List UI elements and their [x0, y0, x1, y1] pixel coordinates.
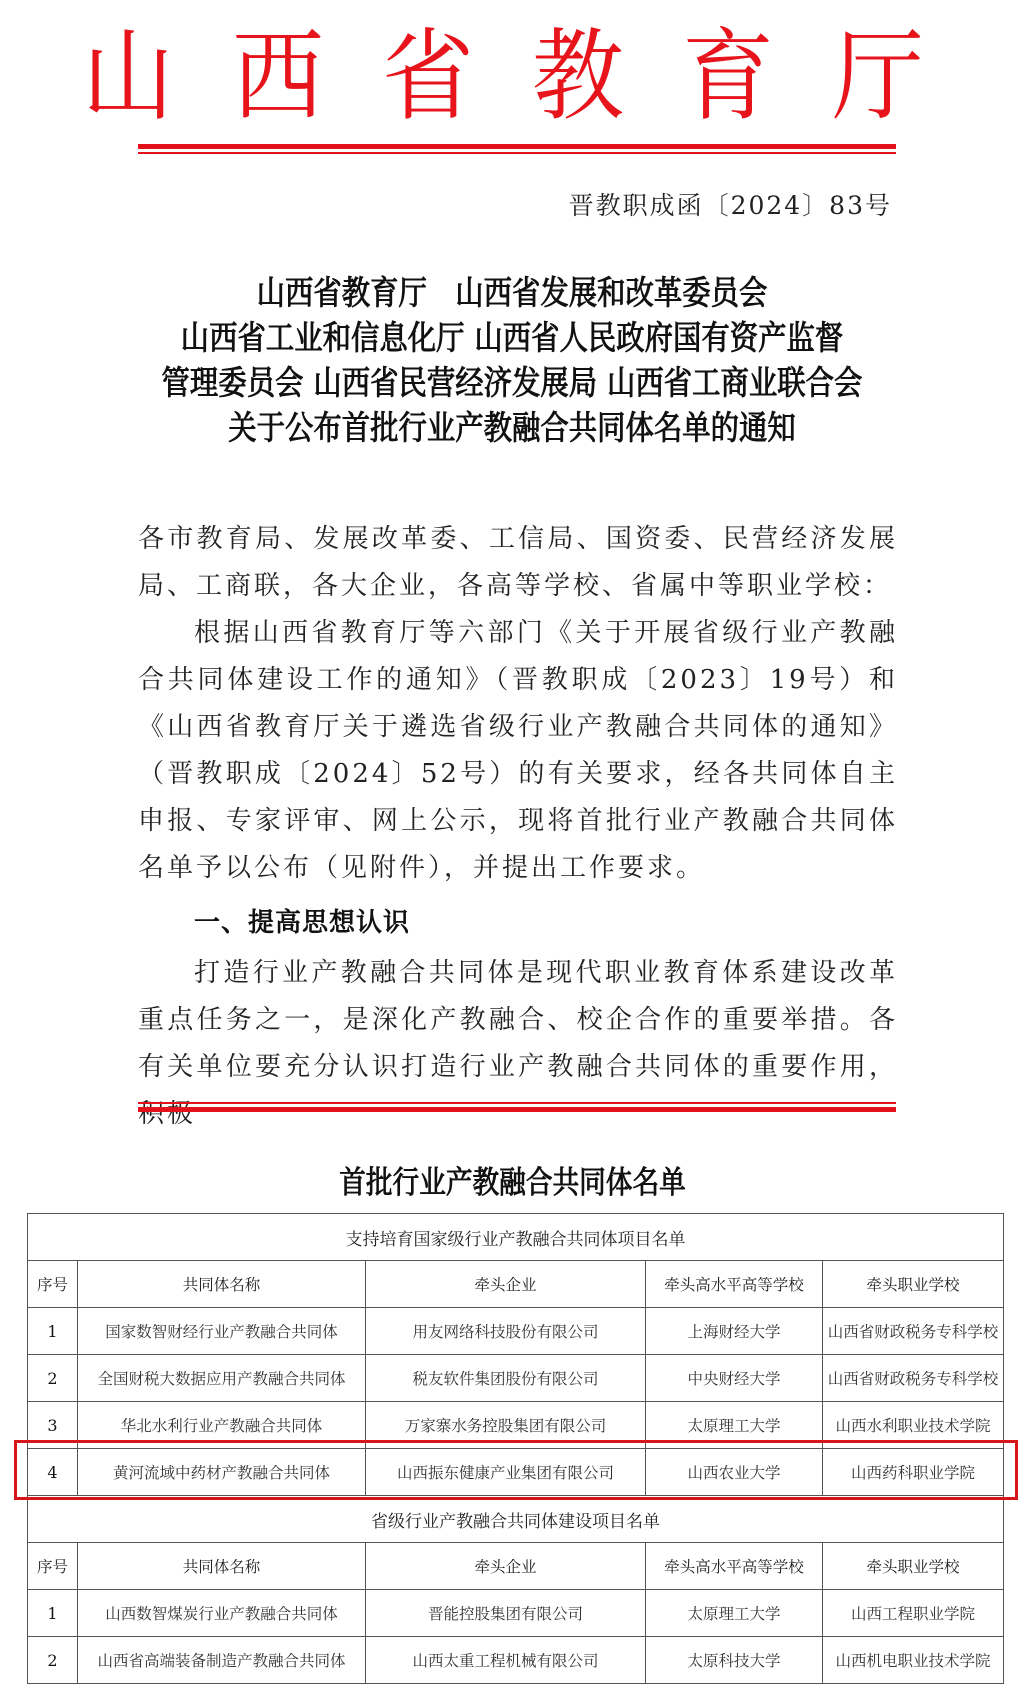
cell-university: 太原科技大学: [646, 1637, 823, 1684]
paragraph-1: 根据山西省教育厅等六部门《关于开展省级行业产教融合共同体建设工作的通知》（晋教职…: [138, 610, 898, 892]
section-title: 支持培育国家级行业产教融合共同体项目名单: [28, 1214, 1004, 1261]
col-header-university: 牵头高水平高等学校: [646, 1261, 823, 1308]
cell-university: 山西农业大学: [646, 1449, 823, 1496]
column-header-row: 序号 共同体名称 牵头企业 牵头高水平高等学校 牵头职业学校: [28, 1543, 1004, 1590]
col-header-vocational-school: 牵头职业学校: [823, 1261, 1004, 1308]
cell-enterprise: 山西太重工程机械有限公司: [366, 1637, 646, 1684]
cell-university: 太原理工大学: [646, 1402, 823, 1449]
cell-index: 2: [28, 1355, 78, 1402]
table-row: 1 国家数智财经行业产教融合共同体 用友网络科技股份有限公司 上海财经大学 山西…: [28, 1308, 1004, 1355]
cell-enterprise: 用友网络科技股份有限公司: [366, 1308, 646, 1355]
cell-name: 山西数智煤炭行业产教融合共同体: [78, 1590, 366, 1637]
paragraph-1-text: 根据山西省教育厅等六部门《关于开展省级行业产教融合共同体建设工作的通知》（晋教职…: [138, 610, 898, 892]
cell-university: 上海财经大学: [646, 1308, 823, 1355]
title-line-4: 关于公布首批行业产教融合共同体名单的通知: [72, 405, 953, 450]
title-line-2: 山西省工业和信息化厅 山西省人民政府国有资产监督: [72, 315, 953, 360]
section-title: 省级行业产教融合共同体建设项目名单: [28, 1496, 1004, 1543]
cell-name: 全国财税大数据应用产教融合共同体: [78, 1355, 366, 1402]
cell-name: 山西省高端装备制造产教融合共同体: [78, 1637, 366, 1684]
col-header-name: 共同体名称: [78, 1261, 366, 1308]
col-header-university: 牵头高水平高等学校: [646, 1543, 823, 1590]
cell-university: 太原理工大学: [646, 1590, 823, 1637]
table-row: 2 全国财税大数据应用产教融合共同体 税友软件集团股份有限公司 中央财经大学 山…: [28, 1355, 1004, 1402]
cell-vocational-school: 山西机电职业技术学院: [823, 1637, 1004, 1684]
notice-title: 山西省教育厅 山西省发展和改革委员会 山西省工业和信息化厅 山西省人民政府国有资…: [0, 270, 1024, 450]
roster-table: 支持培育国家级行业产教融合共同体项目名单 序号 共同体名称 牵头企业 牵头高水平…: [27, 1213, 1004, 1684]
cell-name: 华北水利行业产教融合共同体: [78, 1402, 366, 1449]
table-row: 1 山西数智煤炭行业产教融合共同体 晋能控股集团有限公司 太原理工大学 山西工程…: [28, 1590, 1004, 1637]
section-header-row: 省级行业产教融合共同体建设项目名单: [28, 1496, 1004, 1543]
col-header-name: 共同体名称: [78, 1543, 366, 1590]
cell-index: 1: [28, 1308, 78, 1355]
salutation: 各市教育局、发展改革委、工信局、国资委、民营经济发展局、工商联，各大企业，各高等…: [138, 516, 898, 610]
col-header-index: 序号: [28, 1261, 78, 1308]
cell-university: 中央财经大学: [646, 1355, 823, 1402]
cell-enterprise: 晋能控股集团有限公司: [366, 1590, 646, 1637]
cell-name: 国家数智财经行业产教融合共同体: [78, 1308, 366, 1355]
table-row: 3 华北水利行业产教融合共同体 万家寨水务控股集团有限公司 太原理工大学 山西水…: [28, 1402, 1004, 1449]
cell-enterprise: 税友软件集团股份有限公司: [366, 1355, 646, 1402]
column-header-row: 序号 共同体名称 牵头企业 牵头高水平高等学校 牵头职业学校: [28, 1261, 1004, 1308]
cell-index: 3: [28, 1402, 78, 1449]
list-title-text: 首批行业产教融合共同体名单: [339, 1157, 686, 1202]
cell-vocational-school: 山西药科职业学院: [823, 1449, 1004, 1496]
red-header-rule: [138, 144, 896, 154]
cell-vocational-school: 山西工程职业学院: [823, 1590, 1004, 1637]
title-line-1: 山西省教育厅 山西省发展和改革委员会: [72, 270, 953, 315]
salutation-text: 各市教育局、发展改革委、工信局、国资委、民营经济发展局、工商联，各大企业，各高等…: [138, 516, 898, 610]
section-header-row: 支持培育国家级行业产教融合共同体项目名单: [28, 1214, 1004, 1261]
cell-index: 2: [28, 1637, 78, 1684]
cell-index: 4: [28, 1449, 78, 1496]
col-header-index: 序号: [28, 1543, 78, 1590]
col-header-enterprise: 牵头企业: [366, 1543, 646, 1590]
masthead-title: 山西省教育厅: [0, 18, 1024, 137]
col-header-enterprise: 牵头企业: [366, 1261, 646, 1308]
col-header-vocational-school: 牵头职业学校: [823, 1543, 1004, 1590]
cell-enterprise: 山西振东健康产业集团有限公司: [366, 1449, 646, 1496]
document-number: 晋教职成函〔2024〕83号: [569, 186, 892, 222]
cell-name: 黄河流域中药材产教融合共同体: [78, 1449, 366, 1496]
cell-vocational-school: 山西水利职业技术学院: [823, 1402, 1004, 1449]
cell-vocational-school: 山西省财政税务专科学校: [823, 1355, 1004, 1402]
title-line-3: 管理委员会 山西省民营经济发展局 山西省工商业联合会: [72, 360, 953, 405]
section-heading-1: 一、提高思想认识: [194, 902, 410, 939]
red-footer-rule: [138, 1102, 896, 1112]
list-title: 首批行业产教融合共同体名单: [0, 1157, 1024, 1202]
table-row: 2 山西省高端装备制造产教融合共同体 山西太重工程机械有限公司 太原科技大学 山…: [28, 1637, 1004, 1684]
cell-index: 1: [28, 1590, 78, 1637]
cell-enterprise: 万家寨水务控股集团有限公司: [366, 1402, 646, 1449]
table-row-highlighted: 4 黄河流域中药材产教融合共同体 山西振东健康产业集团有限公司 山西农业大学 山…: [28, 1449, 1004, 1496]
cell-vocational-school: 山西省财政税务专科学校: [823, 1308, 1004, 1355]
